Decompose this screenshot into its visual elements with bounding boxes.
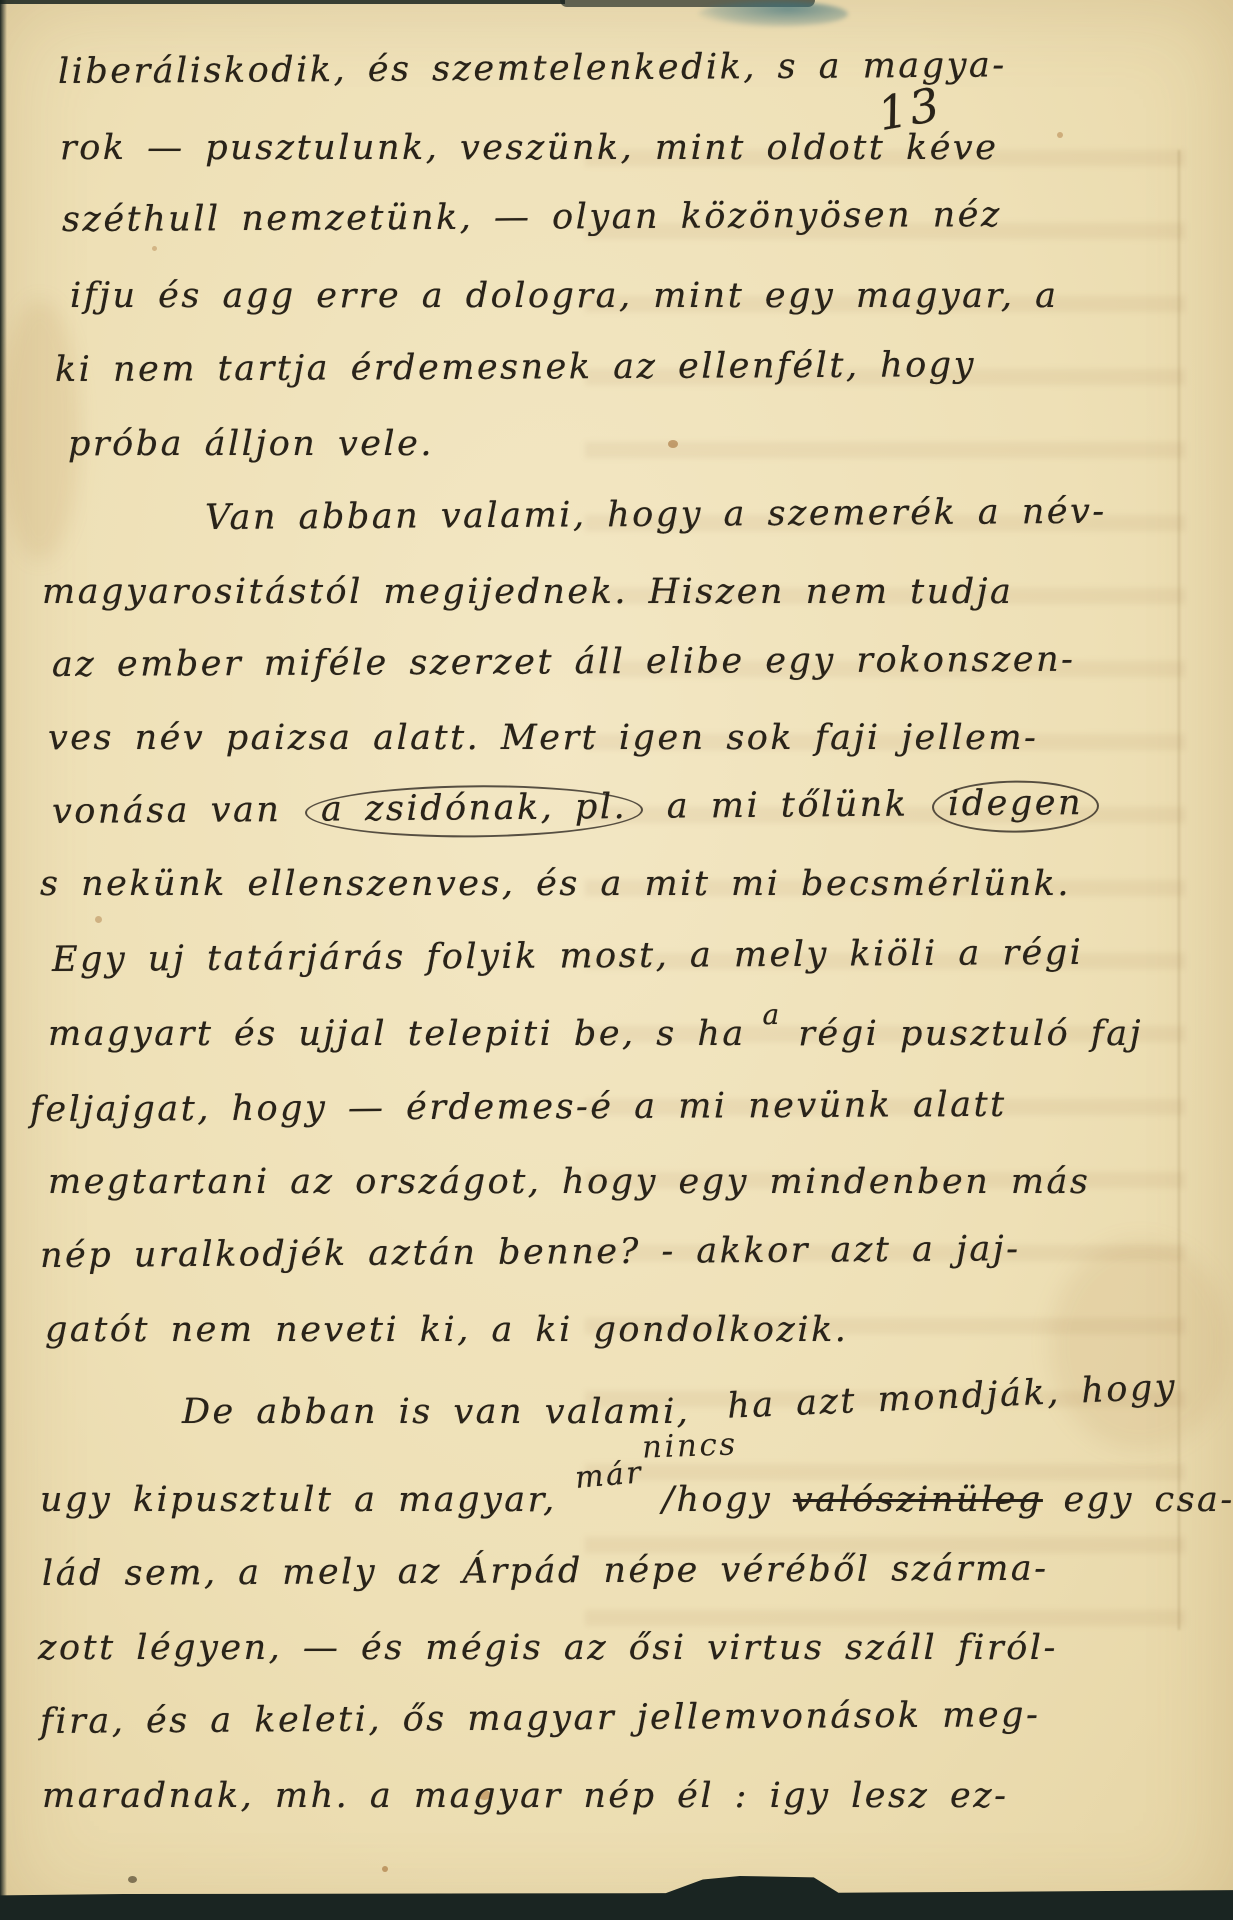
line-19-text: De abban is van valami,: [182, 1392, 690, 1432]
line-11-text: a mi tőlünk: [667, 785, 909, 827]
raised-continuation: ha azt mondják, hogy: [726, 1367, 1178, 1427]
scanned-manuscript-page: 13 liberáliskodik, és szemtelenkedik, s …: [0, 0, 1233, 1920]
handwriting-line-05: ki nem tartja érdemesnek az ellenfélt, h…: [55, 345, 976, 390]
line-11-text: vonása van: [52, 790, 282, 832]
line-14-text: régi pusztuló faj: [798, 1014, 1143, 1054]
handwriting-line-16: megtartani az országot, hogy egy mindenb…: [48, 1162, 1090, 1202]
handwriting-line-14: magyart és ujjal telepiti be, s ha a rég…: [48, 1014, 1143, 1054]
handwriting-line-09: az ember miféle szerzet áll elibe egy ro…: [52, 640, 1076, 685]
handwriting-line-23: fira, és a keleti, ős magyar jellemvonás…: [40, 1695, 1041, 1742]
handwriting-line-02: rok — pusztulunk, veszünk, mint oldott k…: [60, 128, 998, 168]
handwriting-line-24: maradnak, mh. a magyar nép él : igy lesz…: [42, 1776, 1009, 1816]
handwriting-line-21: lád sem, a mely az Árpád népe véréből sz…: [42, 1549, 1049, 1594]
interlinear-insertion: már: [574, 1455, 645, 1496]
interlinear-insertion: a: [762, 998, 781, 1031]
handwriting-line-19: De abban is van valami, ha azt mondják, …: [182, 1392, 1177, 1432]
handwriting-line-15: feljajgat, hogy — érdemes-é a mi nevünk …: [30, 1085, 1007, 1130]
handwriting-line-12: s nekünk ellenszenves, és a mit mi becsm…: [40, 864, 1071, 904]
line-20-text: ugy kipusztult a magyar,: [40, 1480, 557, 1520]
handwriting-line-18: gatót nem neveti ki, a ki gondolkozik.: [45, 1310, 848, 1350]
line-20-text: egy csa-: [1063, 1480, 1233, 1520]
handwriting-line-06: próba álljon vele.: [68, 424, 434, 464]
handwritten-text-block: 13 liberáliskodik, és szemtelenkedik, s …: [0, 0, 1233, 1920]
line-20-text: /hogy: [662, 1480, 772, 1520]
handwriting-line-20: ugy kipusztult a magyar, már /hogy valós…: [40, 1480, 1233, 1520]
handwriting-line-22: zott légyen, — és mégis az ősi virtus sz…: [38, 1628, 1058, 1668]
handwriting-line-11: vonása van a zsidónak, pl. a mi tőlünk i…: [52, 783, 1102, 832]
handwriting-line-01: liberáliskodik, és szemtelenkedik, s a m…: [58, 45, 1007, 92]
handwriting-line-07: Van abban valami, hogy a szemerék a név-: [205, 492, 1107, 538]
line-14-text: magyart és ujjal telepiti be, s ha: [48, 1014, 746, 1054]
circled-annotation: idegen: [932, 780, 1099, 833]
handwriting-line-08: magyarositástól megijednek. Hiszen nem t…: [42, 572, 1013, 612]
handwriting-line-10: ves név paizsa alatt. Mert igen sok faji…: [48, 718, 1038, 758]
interlinear-insertion: nincs: [641, 1426, 738, 1465]
handwriting-line-17: nép uralkodjék aztán benne? - akkor azt …: [40, 1229, 1021, 1276]
handwriting-line-13: Egy uj tatárjárás folyik most, a mely ki…: [52, 933, 1084, 980]
handwriting-line-04: ifju és agg erre a dologra, mint egy mag…: [70, 276, 1059, 316]
struck-through-word: valószinüleg: [793, 1480, 1043, 1520]
handwriting-line-03: széthull nemzetünk, — olyan közönyösen n…: [62, 195, 1002, 240]
circled-annotation: a zsidónak, pl.: [305, 784, 644, 839]
